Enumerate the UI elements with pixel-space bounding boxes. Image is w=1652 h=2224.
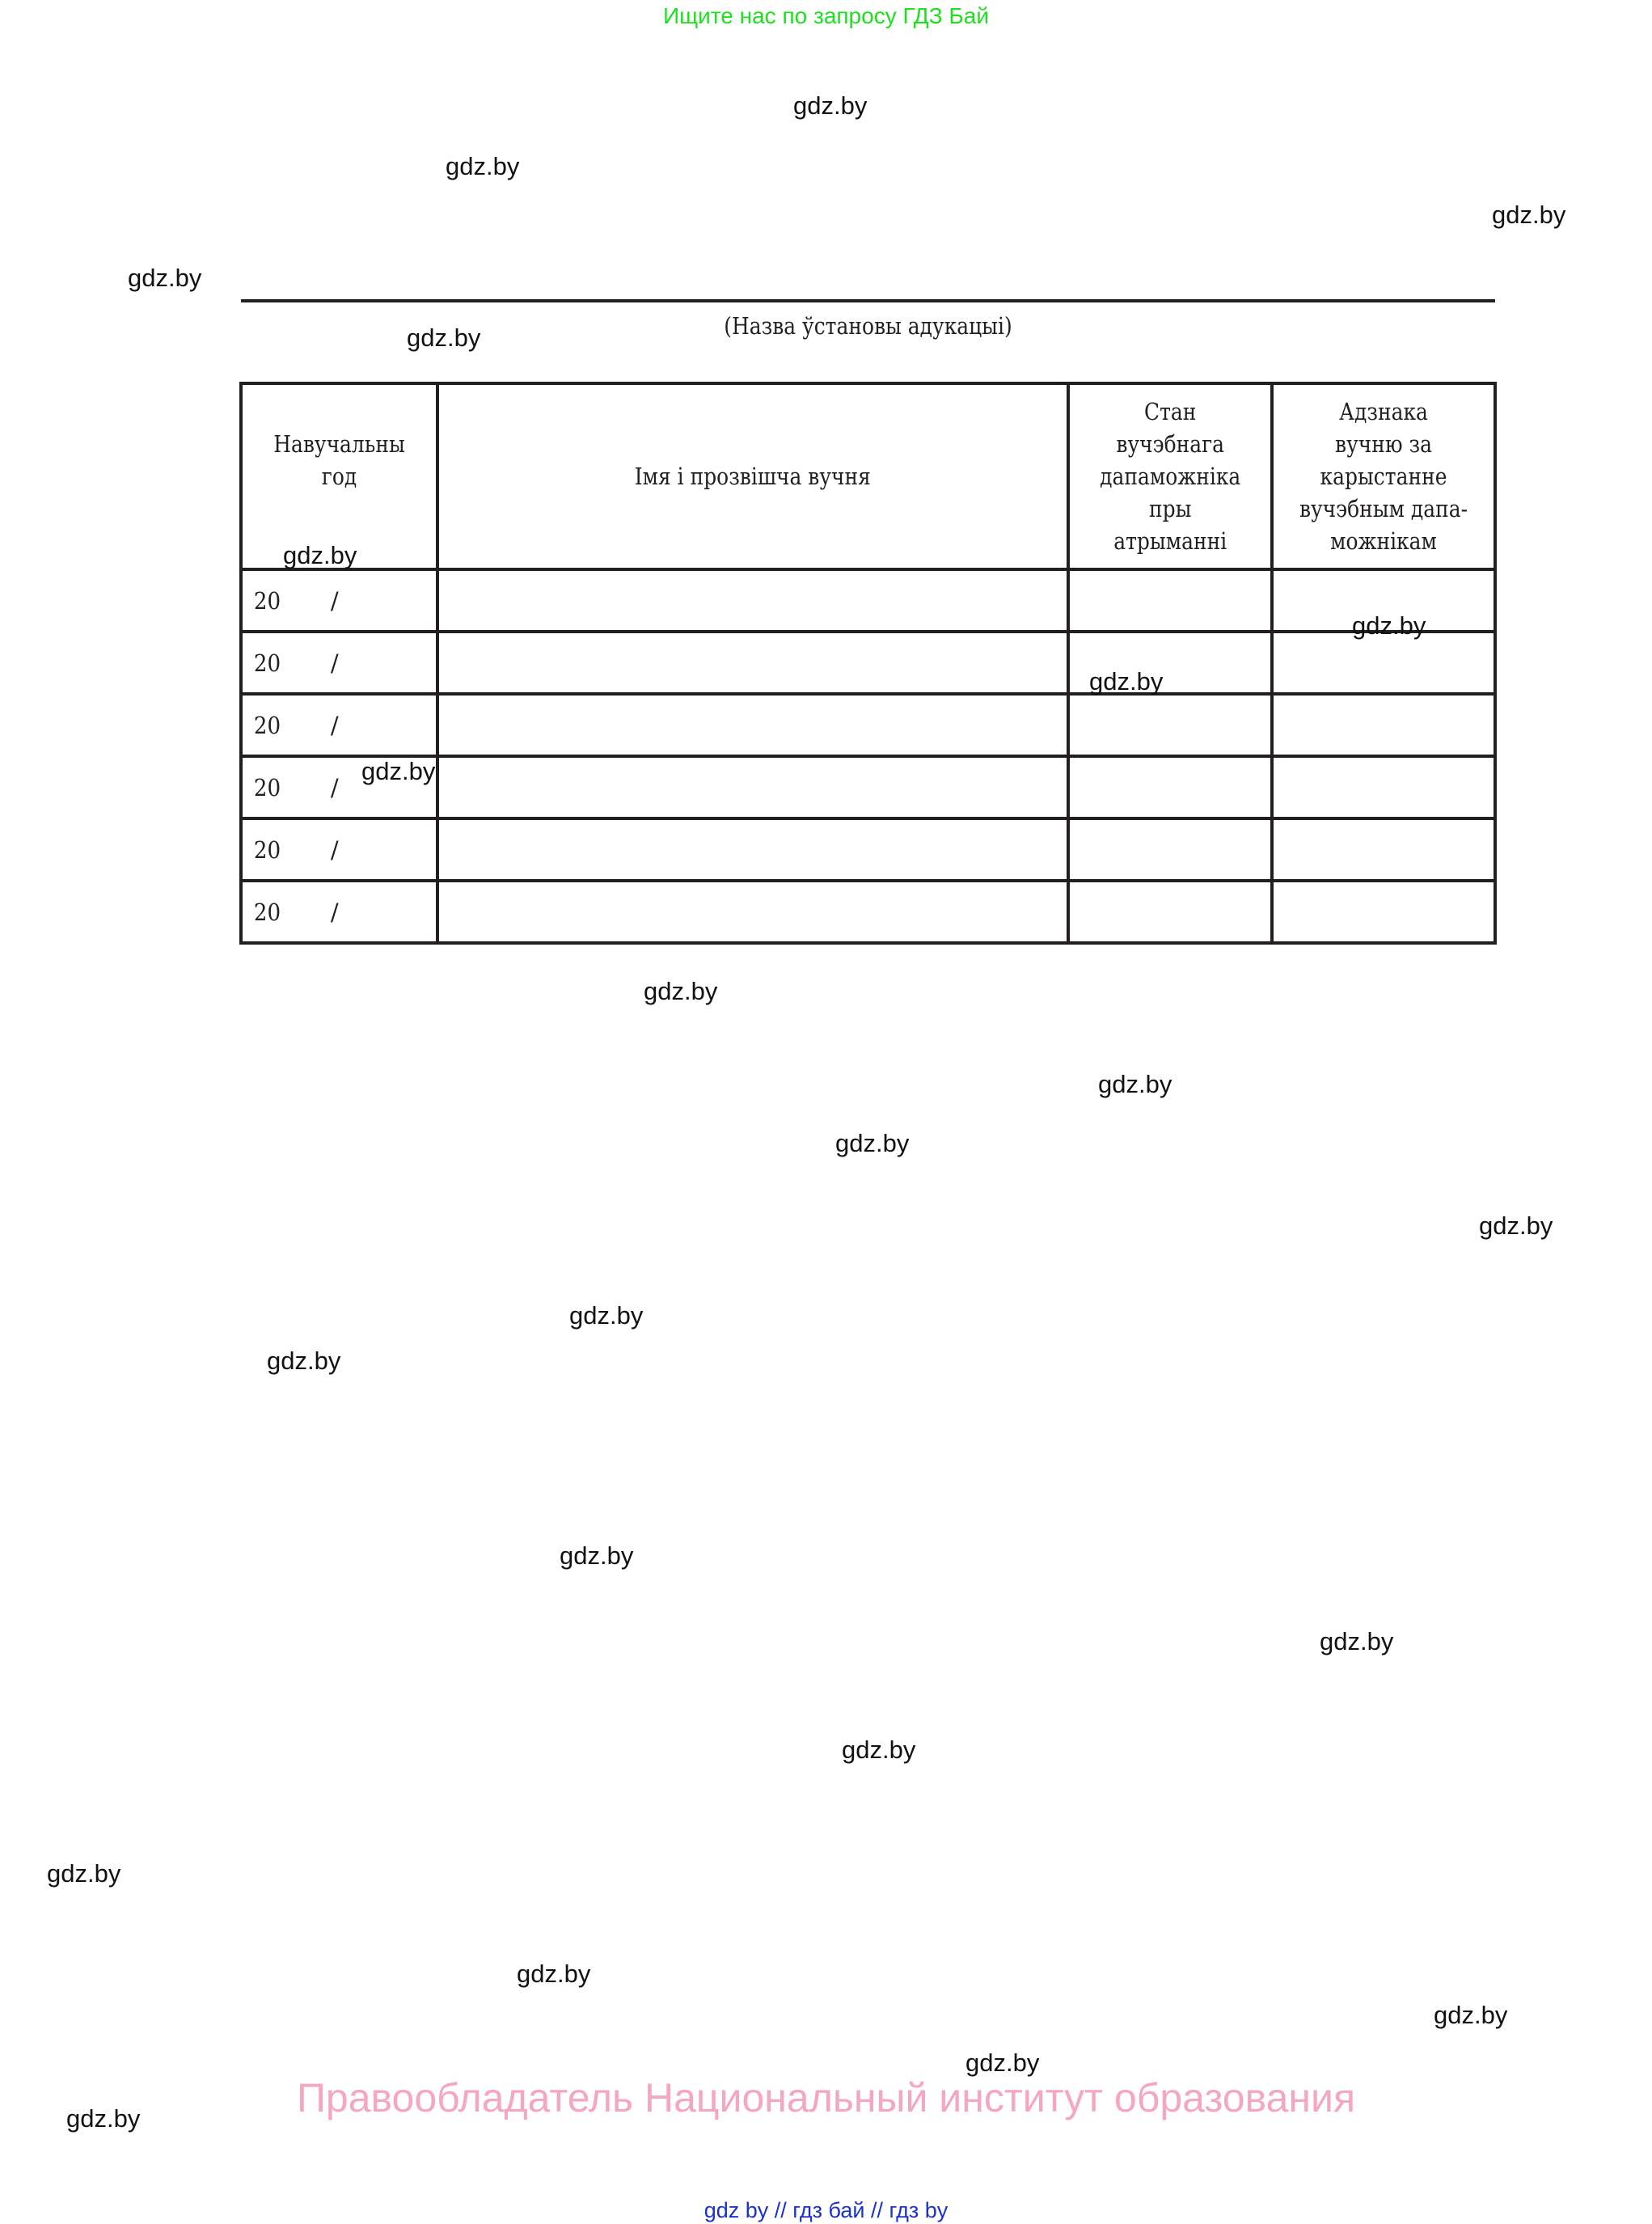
header-usage-grade: Адзнакавучню закарыстанневучэбным дапа-м… (1272, 383, 1495, 569)
footer-links[interactable]: gdz by // гдз бай // гдз by (0, 2198, 1652, 2223)
watermark: gdz.by (569, 1303, 643, 1328)
header-condition-on-receipt: Станвучэбнагадапаможнікапрыатрыманні (1068, 383, 1272, 569)
watermark: gdz.by (842, 1737, 915, 1762)
school-year-cell[interactable]: 20/ (241, 818, 437, 881)
grade-cell[interactable] (1272, 694, 1495, 756)
institution-name-line (241, 299, 1495, 302)
watermark: gdz.by (1320, 1629, 1393, 1654)
year-prefix: 20 (254, 836, 281, 864)
watermark: gdz.by (1352, 613, 1426, 638)
school-year-cell[interactable]: 20/ (241, 569, 437, 632)
condition-cell[interactable] (1068, 756, 1272, 818)
condition-cell[interactable] (1068, 818, 1272, 881)
year-prefix: 20 (254, 712, 281, 739)
condition-cell[interactable] (1068, 569, 1272, 632)
watermark: gdz.by (560, 1543, 633, 1568)
watermark: gdz.by (128, 265, 201, 290)
year-prefix: 20 (254, 774, 281, 801)
watermark: gdz.by (47, 1861, 120, 1886)
year-separator: / (331, 836, 339, 864)
watermark: gdz.by (283, 543, 357, 568)
table-row: 20/ (241, 881, 1495, 943)
student-name-cell[interactable] (437, 632, 1068, 694)
watermark: gdz.by (1098, 1072, 1172, 1097)
table-row: 20/ (241, 632, 1495, 694)
watermark: gdz.by (1492, 202, 1565, 227)
watermark: gdz.by (1089, 669, 1163, 694)
watermark: gdz.by (517, 1961, 590, 1986)
watermark: gdz.by (267, 1348, 340, 1373)
school-year-cell[interactable]: 20/ (241, 694, 437, 756)
table-row: 20/ (241, 569, 1495, 632)
watermark: gdz.by (407, 325, 480, 350)
watermark: gdz.by (835, 1131, 909, 1156)
search-hint-banner: Ищите нас по запросу ГДЗ Бай (0, 3, 1652, 29)
table-row: 20/ (241, 694, 1495, 756)
year-separator: / (331, 712, 339, 739)
watermark: gdz.by (1434, 2002, 1507, 2027)
student-name-cell[interactable] (437, 569, 1068, 632)
student-name-cell[interactable] (437, 756, 1068, 818)
year-separator: / (331, 774, 339, 801)
year-separator: / (331, 587, 339, 615)
grade-cell[interactable] (1272, 756, 1495, 818)
watermark: gdz.by (965, 2050, 1039, 2075)
watermark: gdz.by (361, 759, 435, 784)
student-name-cell[interactable] (437, 694, 1068, 756)
year-prefix: 20 (254, 649, 281, 677)
institution-caption: (Назва ўстановы адукацыі) (329, 312, 1408, 340)
grade-cell[interactable] (1272, 881, 1495, 943)
grade-cell[interactable] (1272, 818, 1495, 881)
table-header-row: Навучальныгод Імя і прозвішча вучня Стан… (241, 383, 1495, 569)
watermark: gdz.by (644, 979, 717, 1004)
watermark: gdz.by (793, 93, 867, 118)
header-student-name: Імя і прозвішча вучня (437, 383, 1068, 569)
year-prefix: 20 (254, 898, 281, 926)
condition-cell[interactable] (1068, 881, 1272, 943)
textbook-usage-table: Навучальныгод Імя і прозвішча вучня Стан… (239, 382, 1497, 945)
student-name-cell[interactable] (437, 818, 1068, 881)
year-separator: / (331, 649, 339, 677)
year-prefix: 20 (254, 587, 281, 615)
year-separator: / (331, 898, 339, 926)
student-name-cell[interactable] (437, 881, 1068, 943)
school-year-cell[interactable]: 20/ (241, 881, 437, 943)
condition-cell[interactable] (1068, 694, 1272, 756)
copyright-notice: Правообладатель Национальный институт об… (0, 2074, 1652, 2121)
table-row: 20/ (241, 818, 1495, 881)
watermark: gdz.by (446, 154, 519, 179)
school-year-cell[interactable]: 20/ (241, 632, 437, 694)
watermark: gdz.by (1479, 1213, 1553, 1238)
grade-cell[interactable] (1272, 632, 1495, 694)
